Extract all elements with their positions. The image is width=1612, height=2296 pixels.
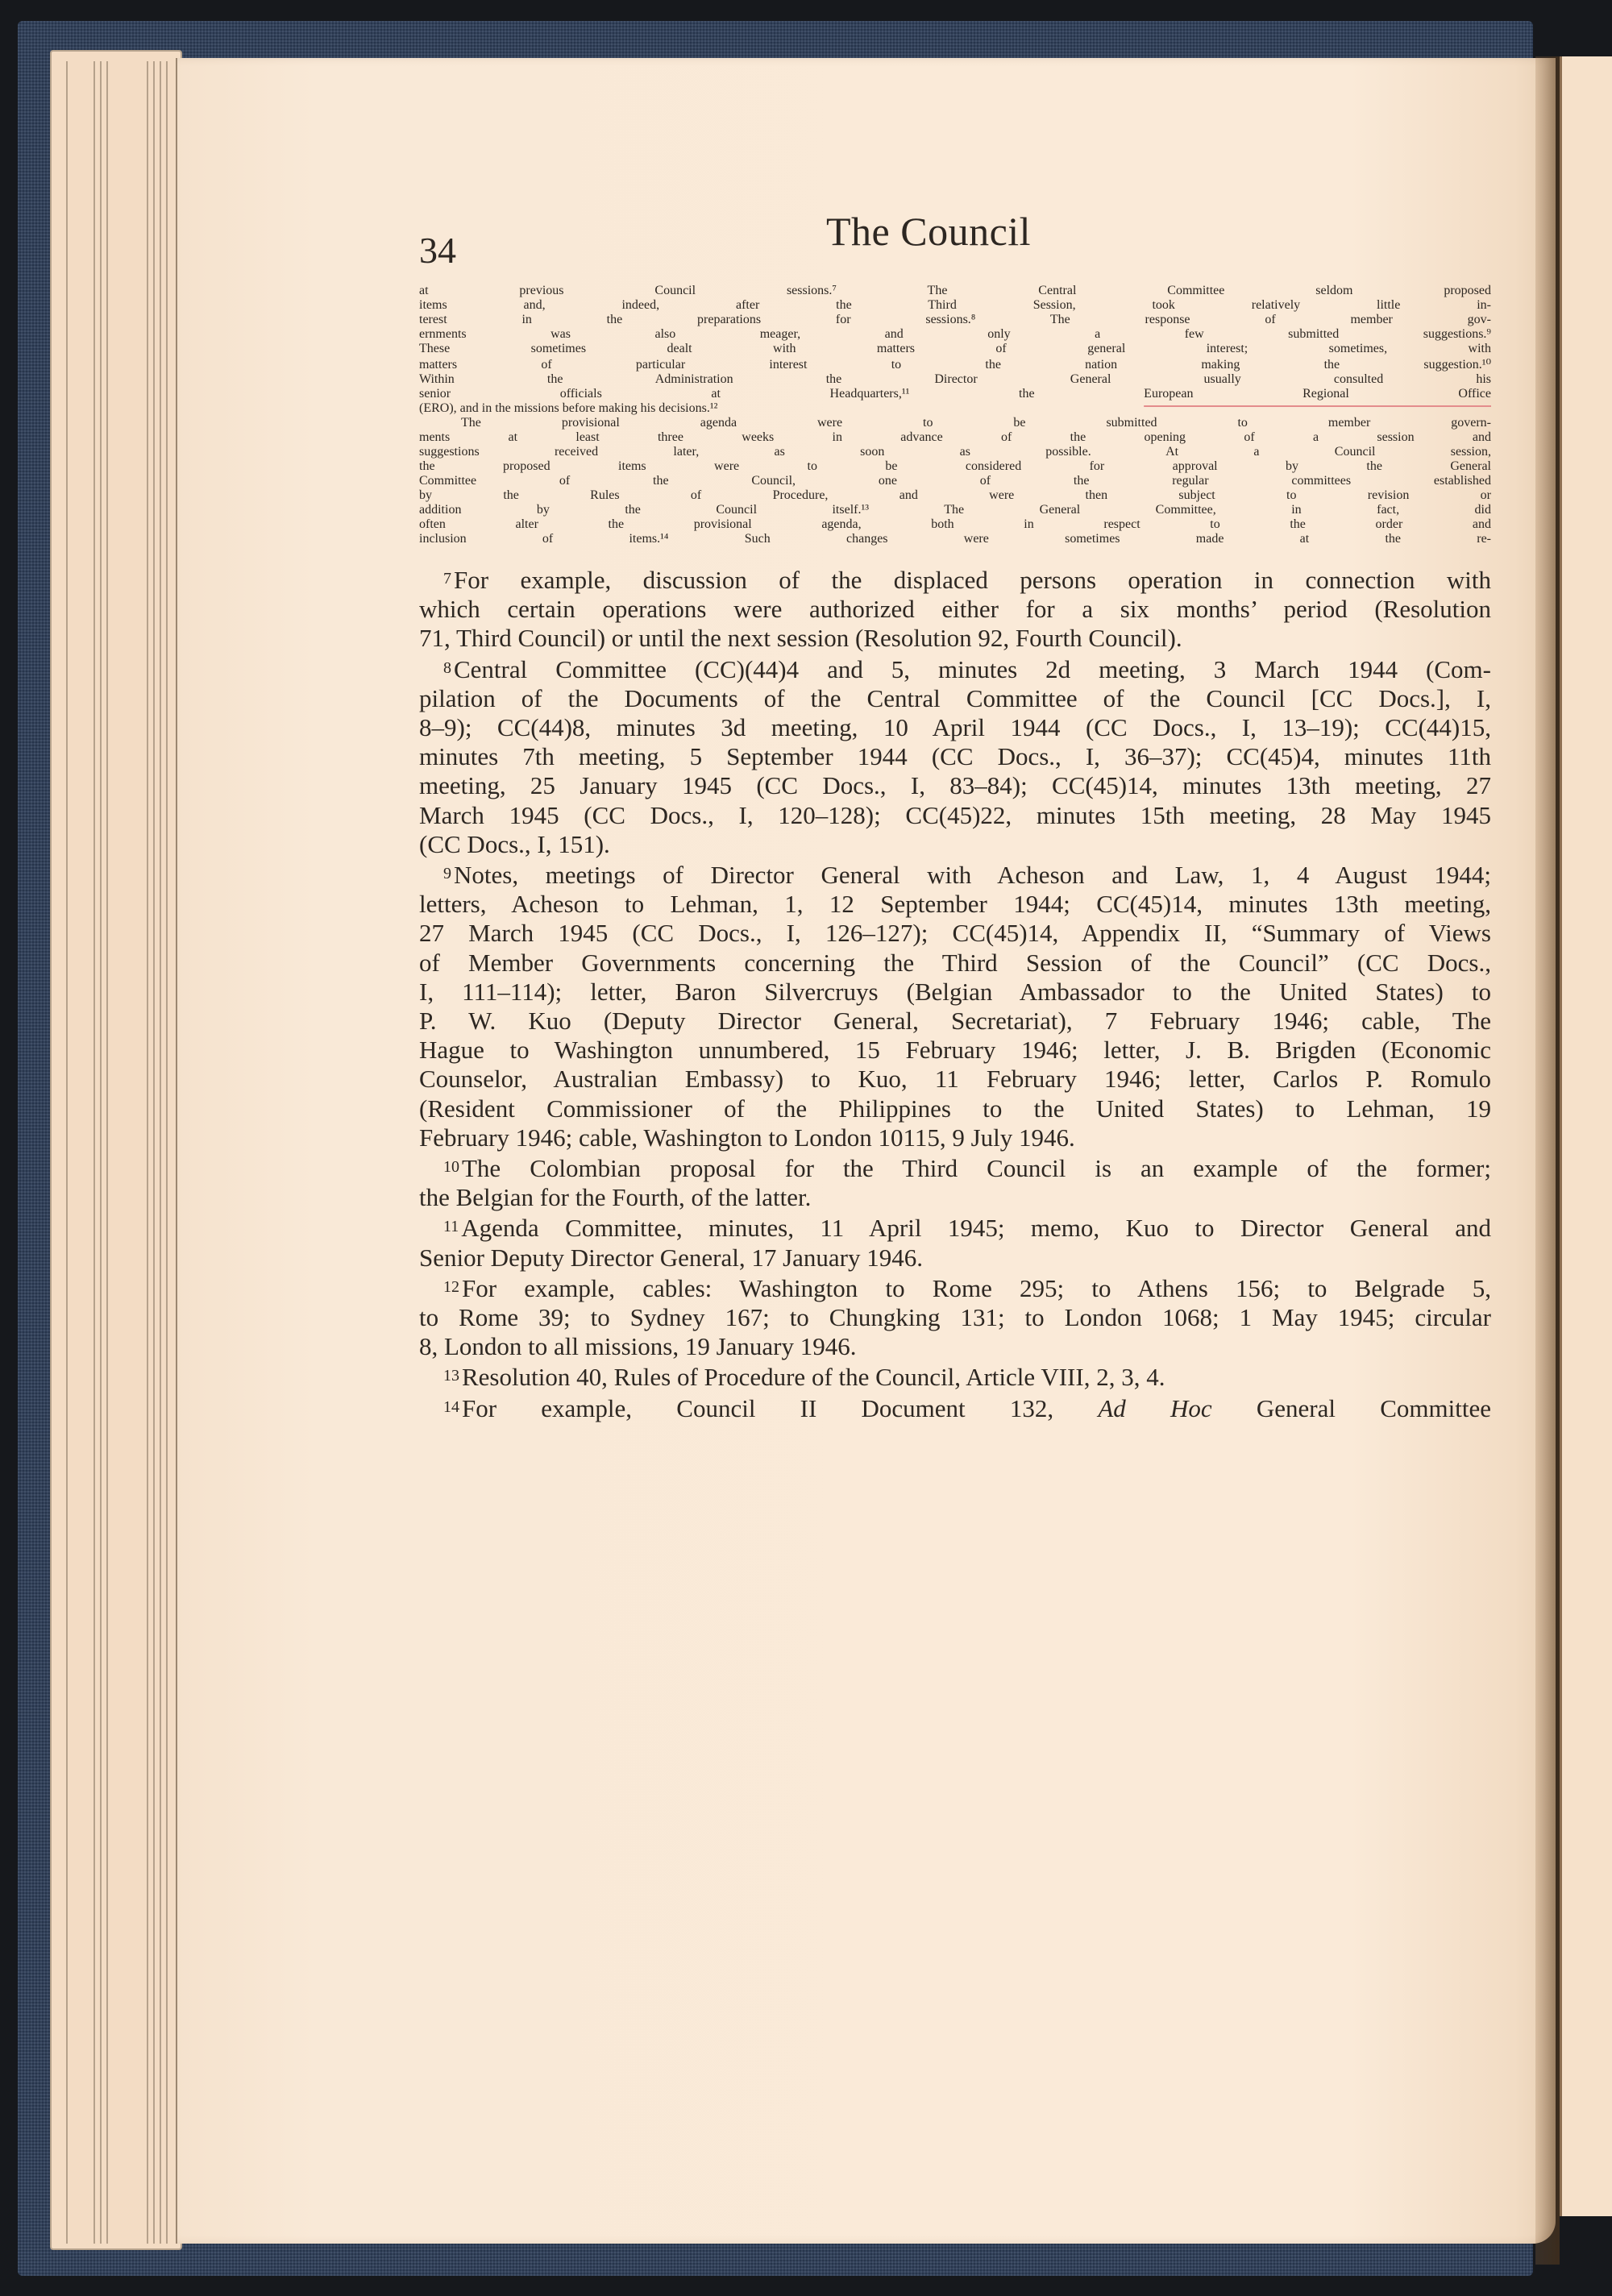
page-text-block: 34 The Council at previous Council sessi…: [419, 208, 1491, 1423]
body-line: often alter the provisional agenda, both…: [419, 517, 1491, 532]
footnote-line: 14For example, Council II Document 132, …: [419, 1393, 1491, 1423]
footnote-number: 7: [443, 570, 451, 587]
footnote-line: I, 111–114); letter, Baron Silvercruys (…: [419, 978, 1491, 1007]
page-edge-line: [153, 61, 155, 2244]
footnote-line: the Belgian for the Fourth, of the latte…: [419, 1183, 1491, 1212]
footnote-text: The Colombian proposal for the Third Cou…: [462, 1154, 1491, 1182]
body-line: suggestions received later, as soon as p…: [419, 445, 1491, 459]
running-head: 34 The Council: [419, 208, 1491, 272]
footnote-line: letters, Acheson to Lehman, 1, 12 Septem…: [419, 890, 1491, 919]
footnote-11: 11Agenda Committee, minutes, 11 April 19…: [419, 1212, 1491, 1272]
body-line: the proposed items were to be considered…: [419, 459, 1491, 474]
page-edge-line: [100, 61, 102, 2244]
body-line: The provisional agenda were to be submit…: [419, 416, 1491, 430]
body-line: Committee of the Council, one of the reg…: [419, 474, 1491, 488]
footnote-line: (CC Docs., I, 151).: [419, 830, 1491, 859]
footnote-number: 11: [443, 1218, 459, 1235]
footnote-13: 13Resolution 40, Rules of Procedure of t…: [419, 1361, 1491, 1392]
body-line: matters of particular interest to the na…: [419, 356, 1491, 372]
page-edge-line: [160, 61, 161, 2244]
body-line: ments at least three weeks in advance of…: [419, 430, 1491, 445]
footnote-line: February 1946; cable, Washington to Lond…: [419, 1123, 1491, 1152]
footnote-7: 7For example, discussion of the displace…: [419, 564, 1491, 654]
footnote-line: P. W. Kuo (Deputy Director General, Secr…: [419, 1007, 1491, 1036]
footnote-number: 9: [443, 865, 451, 882]
paragraph-1: at previous Council sessions.⁷ The Centr…: [419, 284, 1491, 416]
footnote-line: Counselor, Australian Embassy) to Kuo, 1…: [419, 1065, 1491, 1094]
footnote-line: (Resident Commissioner of the Philippine…: [419, 1094, 1491, 1123]
footnote-line: 8Central Committee (CC)(44)4 and 5, minu…: [419, 654, 1491, 684]
facing-page-edge: [1560, 56, 1612, 2216]
footnote-line: minutes 7th meeting, 5 September 1944 (C…: [419, 742, 1491, 771]
footnote-number: 14: [443, 1398, 459, 1416]
page-edge-line: [106, 61, 108, 2244]
chapter-title: The Council: [826, 208, 1031, 255]
footnote-line: 71, Third Council) or until the next ses…: [419, 624, 1491, 653]
footnote-line: 11Agenda Committee, minutes, 11 April 19…: [419, 1212, 1491, 1243]
page-edge-line: [166, 61, 168, 2244]
footnote-line: Hague to Washington unnumbered, 15 Febru…: [419, 1036, 1491, 1065]
footnote-9: 9Notes, meetings of Director General wit…: [419, 859, 1491, 1152]
body-line: by the Rules of Procedure, and were then…: [419, 488, 1491, 503]
footnote-text: For example, Council II Document 132,: [462, 1394, 1098, 1422]
footnote-line: which certain operations were authorized…: [419, 595, 1491, 624]
body-line: items and, indeed, after the Third Sessi…: [419, 298, 1491, 313]
footnote-text: For example, discussion of the displaced…: [454, 566, 1491, 594]
footnote-number: 12: [443, 1278, 459, 1296]
body-line: Within the Administration the Director G…: [419, 372, 1491, 387]
footnote-line: 10The Colombian proposal for the Third C…: [419, 1152, 1491, 1183]
gutter-shadow: [1535, 56, 1560, 2265]
footnote-line: pilation of the Documents of the Central…: [419, 684, 1491, 713]
footnote-number: 10: [443, 1158, 459, 1176]
footnotes: 7For example, discussion of the displace…: [419, 564, 1491, 1423]
footnote-text: Agenda Committee, minutes, 11 April 1945…: [461, 1214, 1491, 1242]
footnote-line: March 1945 (CC Docs., I, 120–128); CC(45…: [419, 801, 1491, 830]
body-line: ernments was also meager, and only a few…: [419, 327, 1491, 342]
footnote-8: 8Central Committee (CC)(44)4 and 5, minu…: [419, 654, 1491, 859]
paragraph-2: The provisional agenda were to be submit…: [419, 416, 1491, 546]
footnote-line: 27 March 1945 (CC Docs., I, 126–127); CC…: [419, 919, 1491, 948]
body-line: terest in the preparations for sessions.…: [419, 313, 1491, 327]
page-edge-line: [93, 61, 95, 2244]
footnote-line: meeting, 25 January 1945 (CC Docs., I, 8…: [419, 771, 1491, 800]
page-edge-line: [147, 61, 148, 2244]
body-line-with-pencil-underline: senior officials at Headquarters,¹¹ the …: [419, 387, 1491, 401]
footnote-12: 12For example, cables: Washington to Rom…: [419, 1273, 1491, 1362]
footnote-line: 13Resolution 40, Rules of Procedure of t…: [419, 1361, 1491, 1392]
footnote-line: to Rome 39; to Sydney 167; to Chungking …: [419, 1303, 1491, 1332]
footnote-text: Resolution 40, Rules of Procedure of the…: [462, 1363, 1165, 1391]
body-line: at previous Council sessions.⁷ The Centr…: [419, 284, 1491, 298]
footnote-italic-text: Ad Hoc: [1098, 1394, 1211, 1422]
page-block-edges: [50, 50, 182, 2250]
body-text: at previous Council sessions.⁷ The Centr…: [419, 284, 1491, 546]
footnote-line: 7For example, discussion of the displace…: [419, 564, 1491, 595]
footnote-text: For example, cables: Washington to Rome …: [462, 1274, 1491, 1302]
footnote-10: 10The Colombian proposal for the Third C…: [419, 1152, 1491, 1212]
pencil-underline: European Regional Office: [1144, 387, 1491, 401]
footnote-text: Notes, meetings of Director General with…: [454, 861, 1491, 889]
footnote-text: General Committee: [1212, 1394, 1491, 1422]
footnote-line: 8, London to all missions, 19 January 19…: [419, 1332, 1491, 1361]
footnote-line: 8–9); CC(44)8, minutes 3d meeting, 10 Ap…: [419, 713, 1491, 742]
footnote-14: 14For example, Council II Document 132, …: [419, 1393, 1491, 1423]
footnote-number: 13: [443, 1367, 459, 1385]
body-line: addition by the Council itself.¹³ The Ge…: [419, 503, 1491, 517]
body-line: inclusion of items.¹⁴ Such changes were …: [419, 532, 1491, 546]
footnote-line: of Member Governments concerning the Thi…: [419, 949, 1491, 978]
body-line: (ERO), and in the missions before making…: [419, 401, 1491, 416]
footnote-line: 12For example, cables: Washington to Rom…: [419, 1273, 1491, 1303]
footnote-number: 8: [443, 659, 451, 677]
body-line: These sometimes dealt with matters of ge…: [419, 342, 1491, 356]
footnote-line: Senior Deputy Director General, 17 Janua…: [419, 1243, 1491, 1273]
footnote-text: Central Committee (CC)(44)4 and 5, minut…: [454, 655, 1491, 683]
page-edge-line: [66, 61, 68, 2244]
page-number: 34: [419, 229, 456, 272]
footnote-line: 9Notes, meetings of Director General wit…: [419, 859, 1491, 890]
